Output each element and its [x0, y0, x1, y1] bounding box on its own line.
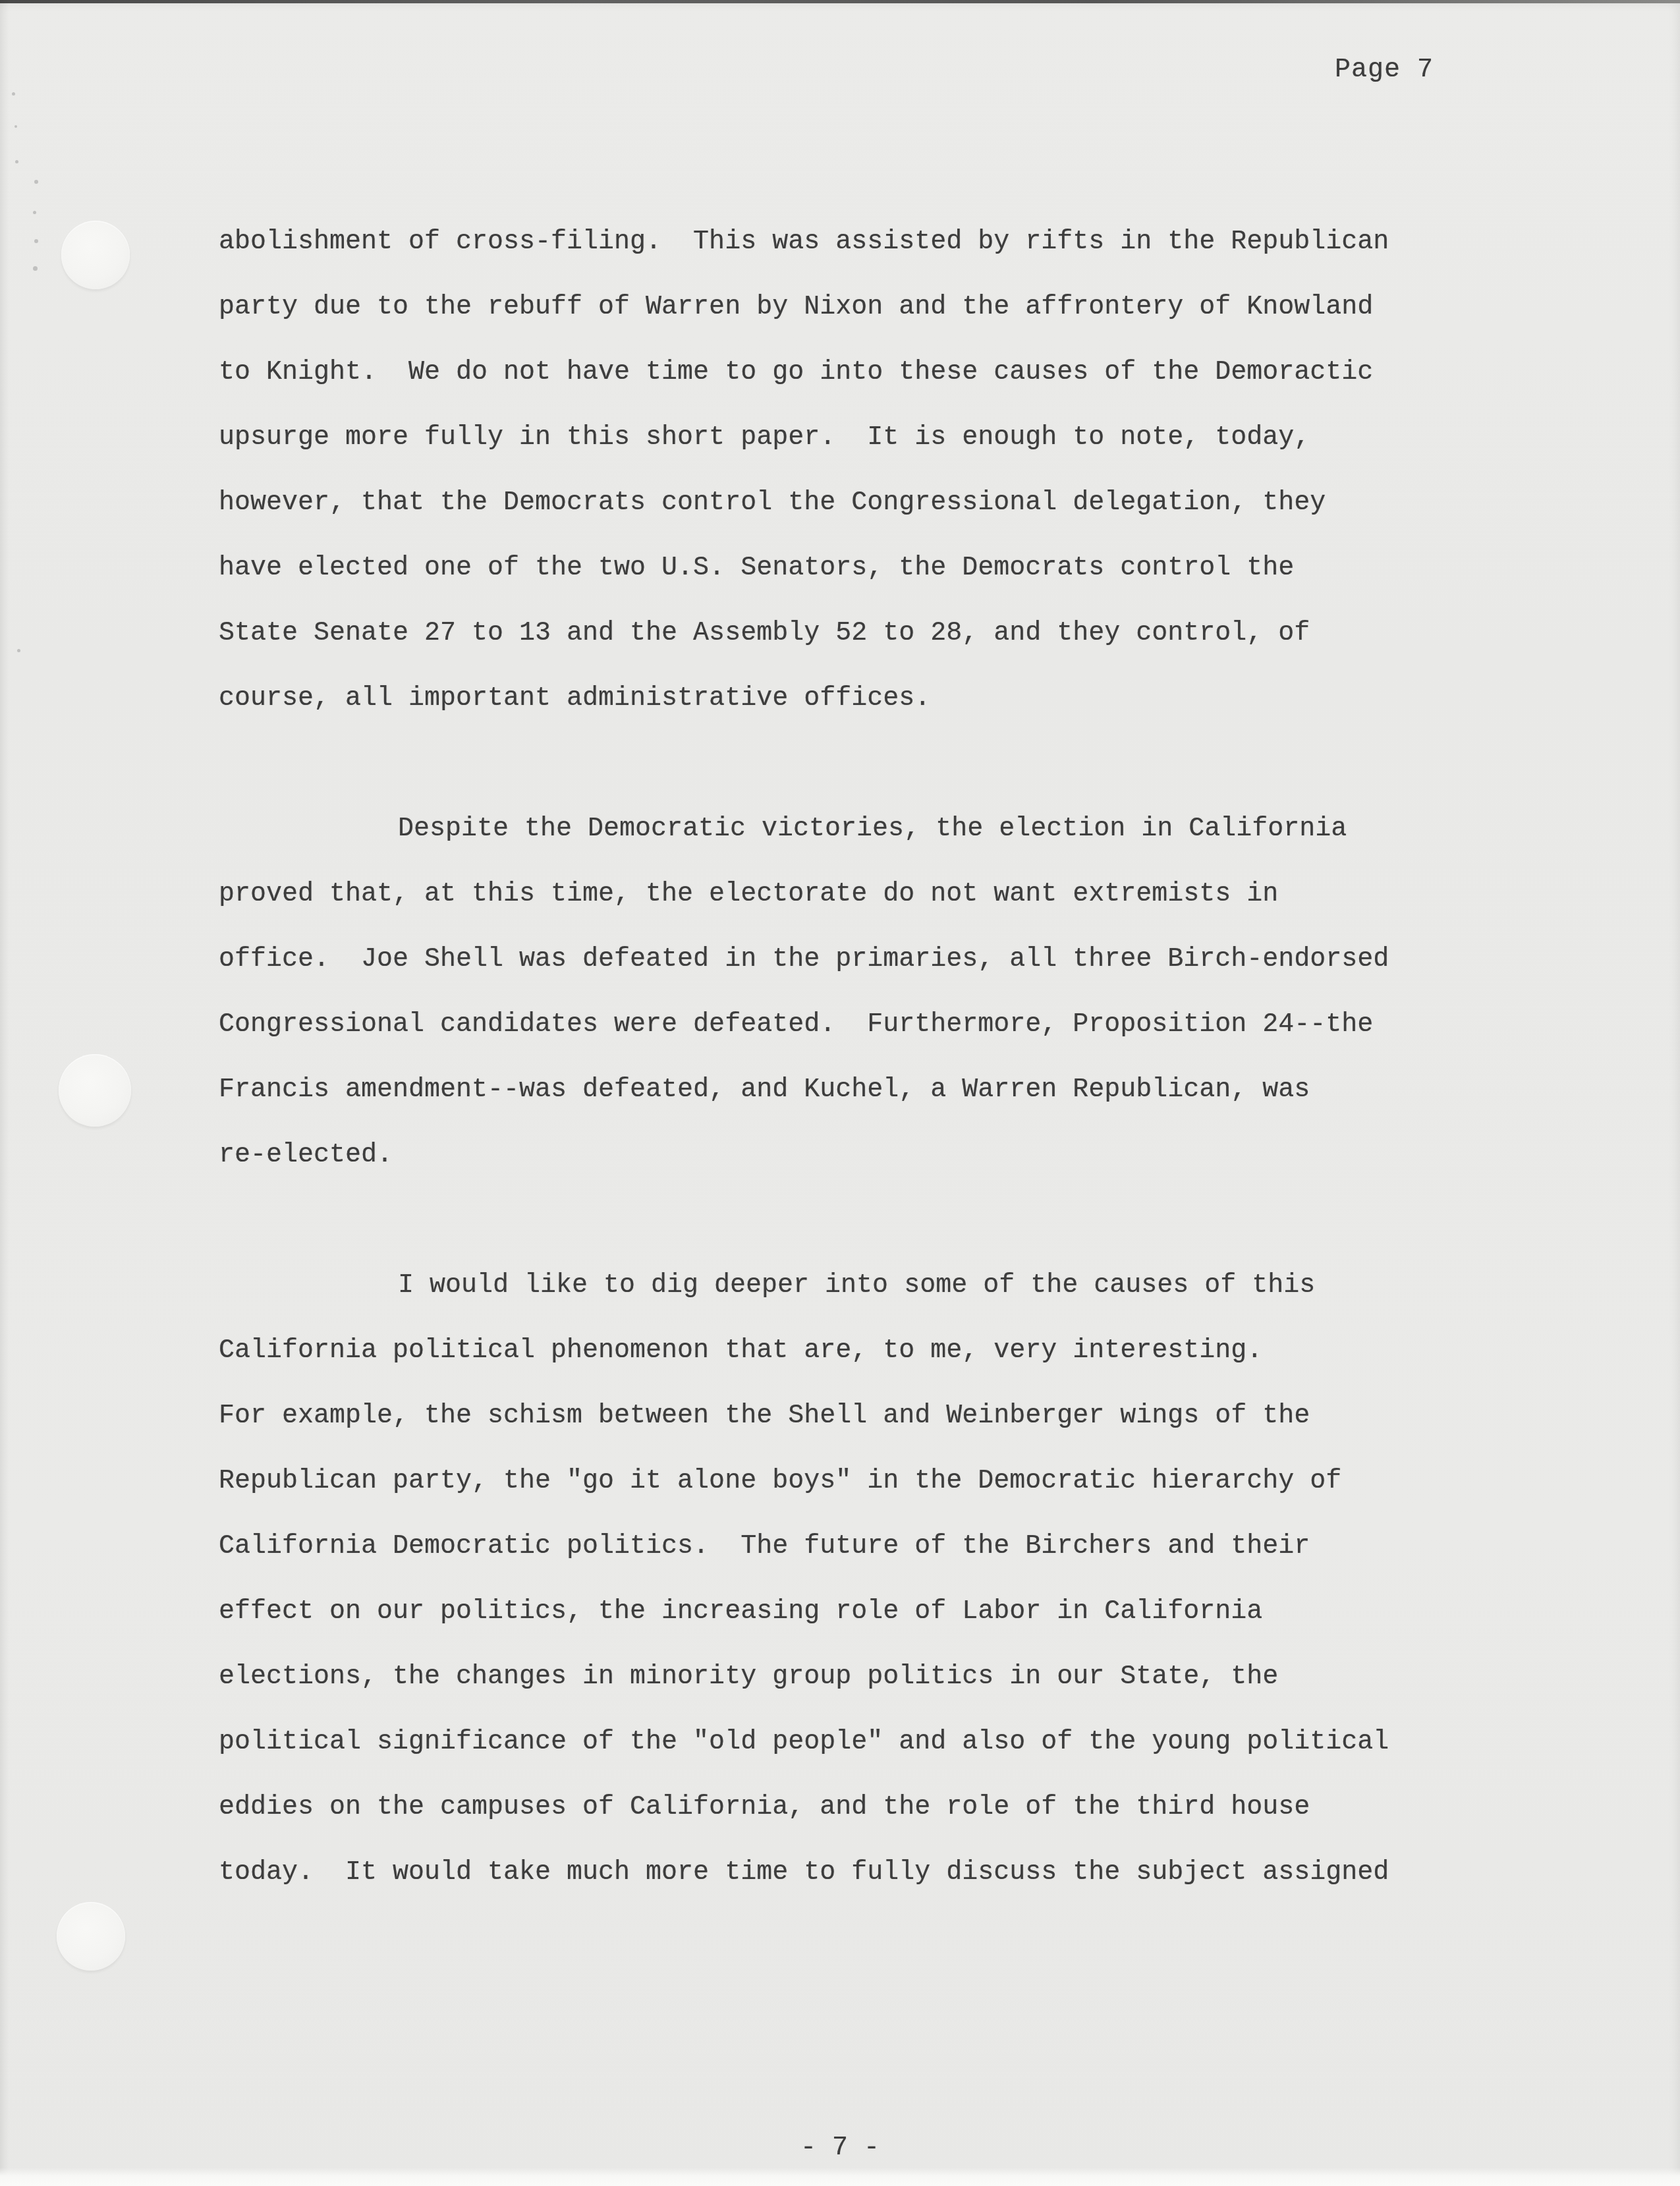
text-line: political significance of the "old peopl…	[219, 1710, 1484, 1775]
text-line: Republican party, the "go it alone boys"…	[219, 1449, 1484, 1514]
text-line: For example, the schism between the Shel…	[219, 1384, 1484, 1449]
text-line: to Knight. We do not have time to go int…	[219, 340, 1484, 405]
scan-speck	[34, 239, 38, 243]
scanned-document-page: Page 7 abolishment of cross-filing. This…	[0, 0, 1680, 2186]
punch-hole	[61, 221, 130, 289]
text-line: California political phenomenon that are…	[219, 1318, 1484, 1384]
scan-speck	[33, 266, 38, 271]
paragraph: abolishment of cross-filing. This was as…	[219, 210, 1484, 731]
scan-top-edge-line	[0, 0, 1680, 3]
text-line: I would like to dig deeper into some of …	[219, 1253, 1484, 1318]
text-line: upsurge more fully in this short paper. …	[219, 405, 1484, 470]
text-line: re-elected.	[219, 1123, 1484, 1188]
page-number-footer: - 7 -	[0, 2133, 1680, 2163]
scan-speck	[34, 180, 38, 184]
text-line: party due to the rebuff of Warren by Nix…	[219, 275, 1484, 340]
text-line: however, that the Democrats control the …	[219, 470, 1484, 536]
text-line: elections, the changes in minority group…	[219, 1644, 1484, 1710]
text-block: abolishment of cross-filing. This was as…	[219, 210, 1484, 1971]
text-line: abolishment of cross-filing. This was as…	[219, 210, 1484, 275]
text-line: eddies on the campuses of California, an…	[219, 1775, 1484, 1840]
text-line: course, all important administrative off…	[219, 666, 1484, 731]
text-line: California Democratic politics. The futu…	[219, 1514, 1484, 1579]
text-line: today. It would take much more time to f…	[219, 1840, 1484, 1905]
scan-left-edge-shading	[0, 0, 9, 2186]
scan-speck	[17, 649, 20, 652]
text-line: have elected one of the two U.S. Senator…	[219, 536, 1484, 601]
text-line: Despite the Democratic victories, the el…	[219, 797, 1484, 862]
scan-speck	[33, 211, 36, 214]
text-line: proved that, at this time, the electorat…	[219, 862, 1484, 927]
scan-speck	[12, 92, 15, 96]
paragraph: I would like to dig deeper into some of …	[219, 1253, 1484, 1905]
text-line: Congressional candidates were defeated. …	[219, 992, 1484, 1057]
scan-speck	[15, 160, 18, 163]
text-line: office. Joe Shell was defeated in the pr…	[219, 927, 1484, 992]
text-line: Francis amendment--was defeated, and Kuc…	[219, 1057, 1484, 1123]
text-line: State Senate 27 to 13 and the Assembly 5…	[219, 601, 1484, 666]
page-header-label: Page 7	[1335, 55, 1434, 85]
text-line: effect on our politics, the increasing r…	[219, 1579, 1484, 1644]
scan-speck	[14, 125, 17, 128]
scan-bottom-edge-strip	[0, 2168, 1680, 2186]
punch-hole	[57, 1902, 125, 1971]
punch-hole	[59, 1054, 131, 1127]
paragraph: Despite the Democratic victories, the el…	[219, 797, 1484, 1188]
